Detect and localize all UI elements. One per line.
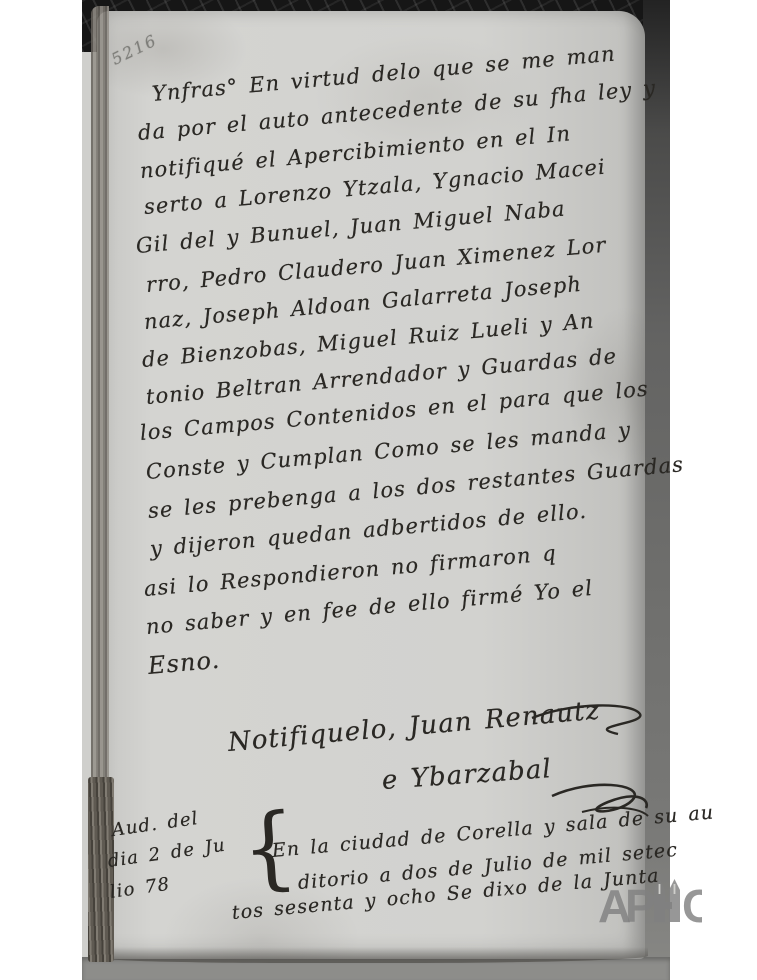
- aphc-watermark-logo: A P C: [598, 876, 702, 928]
- margin-note-line: dia 2 de Ju: [107, 835, 227, 872]
- archive-folio-number: 5216: [108, 30, 160, 68]
- handwritten-content: 5216 Ynfras° En virtud delo que se me ma…: [82, 0, 670, 980]
- margin-note-line: Aud. del: [111, 808, 200, 841]
- margin-note-line: lio 78: [109, 874, 172, 903]
- watermark-letter-c: C: [682, 880, 702, 928]
- scanned-document-image: 5216 Ynfras° En virtud delo que se me ma…: [0, 0, 757, 980]
- watermark-letter-p: P: [625, 880, 656, 928]
- manuscript-line-escribano-abbrev: Esno.: [147, 646, 222, 680]
- pen-nib-h-icon: [654, 879, 680, 922]
- photo-region: 5216 Ynfras° En virtud delo que se me ma…: [82, 0, 670, 980]
- signature-rubric-flourish: [522, 700, 652, 820]
